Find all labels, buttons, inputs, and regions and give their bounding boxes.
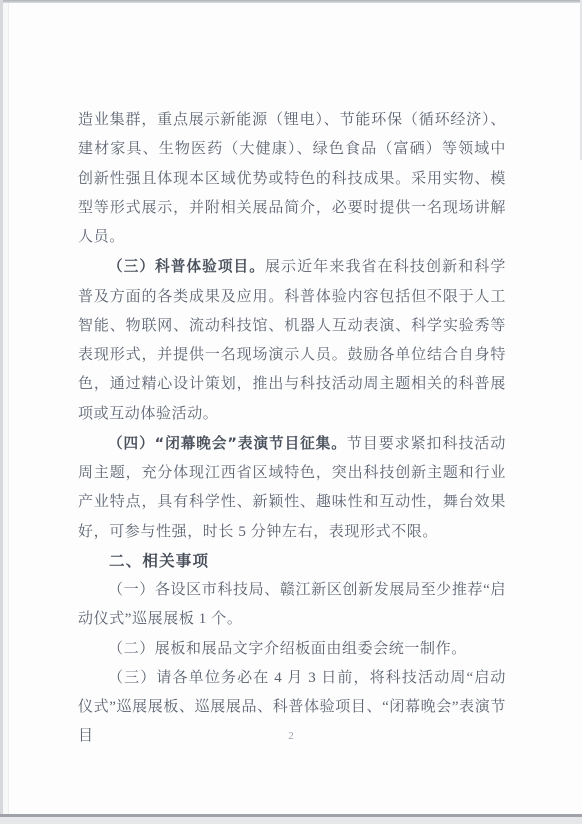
scan-page-left-border bbox=[3, 3, 9, 814]
paragraph-bold-lead: （三）科普体验项目。 bbox=[108, 258, 265, 275]
paragraph-continuation: 造业集群，重点展示新能源（锂电）、节能环保（循环经济）、建材家具、生物医药（大健… bbox=[78, 106, 506, 252]
section-heading-related-matters: 二、相关事项 bbox=[78, 547, 506, 576]
paragraph-text: （一）各设区市科技局、赣江新区创新发展局至少推荐“启动仪式”巡展展板 1 个。 bbox=[78, 582, 506, 627]
document-body: 造业集群，重点展示新能源（锂电）、节能环保（循环经济）、建材家具、生物医药（大健… bbox=[78, 106, 506, 752]
section-heading-text: 二、相关事项 bbox=[109, 552, 209, 570]
scanned-document-page: { "document": { "page_number": "2", "par… bbox=[0, 0, 582, 824]
paragraph-item-4-closing-gala: （四）“闭幕晚会”表演节目征集。节目要求紧扣科技活动周主题，充分体现江西省区域特… bbox=[78, 429, 506, 547]
paragraph-text: （二）展板和展品文字介绍板面由组委会统一制作。 bbox=[108, 641, 467, 657]
paragraph-text: 展示近年来我省在科技创新和科学普及方面的各类成果及应用。科普体验内容包括但不限于… bbox=[78, 259, 506, 421]
page-number: 2 bbox=[0, 730, 582, 742]
paragraph-bold-lead: （四）“闭幕晚会”表演节目征集。 bbox=[108, 435, 347, 452]
paragraph-related-item-1: （一）各设区市科技局、赣江新区创新发展局至少推荐“启动仪式”巡展展板 1 个。 bbox=[78, 576, 506, 635]
paragraph-item-3-science-experience: （三）科普体验项目。展示近年来我省在科技创新和科学普及方面的各类成果及应用。科普… bbox=[78, 252, 506, 429]
paragraph-text: 造业集群，重点展示新能源（锂电）、节能环保（循环经济）、建材家具、生物医药（大健… bbox=[78, 112, 506, 245]
scan-edge-top bbox=[0, 0, 582, 3]
paragraph-related-item-2: （二）展板和展品文字介绍板面由组委会统一制作。 bbox=[78, 635, 506, 664]
scan-edge-bottom-fill bbox=[0, 817, 582, 824]
